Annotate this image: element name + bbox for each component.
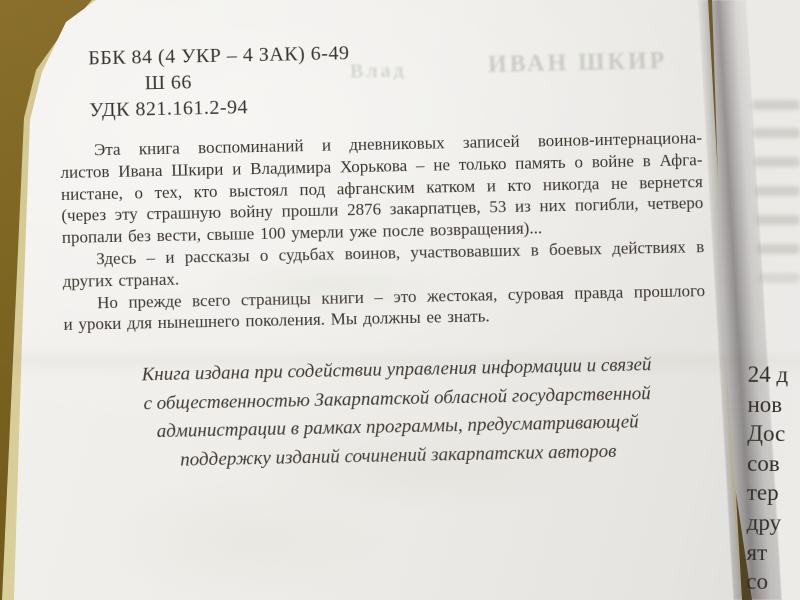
fragment-line: ят (746, 537, 800, 567)
fragment-line: Дос (747, 419, 800, 449)
fragment-line: 24 д (748, 360, 800, 390)
ghost-line (755, 186, 800, 196)
annotation-text: Эта книга воспоминаний и дневниковых зап… (60, 127, 706, 336)
imprint-codes: ББК 84 (4 УКР – 4 ЗАК) 6-49 Ш 66 УДК 821… (88, 33, 721, 124)
ghost-line (756, 215, 800, 225)
right-page-text-fragments: 24 д нов Дос сов тер дру ят со (746, 360, 800, 597)
ghost-line (752, 100, 800, 110)
fragment-line: со (746, 567, 800, 597)
ghost-line (758, 273, 800, 283)
fragment-line: тер (747, 478, 800, 508)
left-page-content: ББК 84 (4 УКР – 4 ЗАК) 6-49 Ш 66 УДК 821… (58, 33, 729, 477)
ghost-line (753, 128, 800, 138)
fragment-line: дру (747, 508, 800, 538)
publisher-credit: Книга издана при содействии управления и… (110, 351, 684, 476)
ghost-line (754, 157, 800, 167)
fragment-line: нов (747, 389, 800, 419)
ghost-line (757, 244, 800, 254)
book-photo: ИВАН ШКИР Влад ББК 84 (4 УКР – 4 ЗАК) 6-… (0, 0, 800, 600)
fragment-line: сов (747, 449, 800, 479)
annotation-paragraph-1: Эта книга воспоминаний и дневниковых зап… (60, 127, 704, 249)
